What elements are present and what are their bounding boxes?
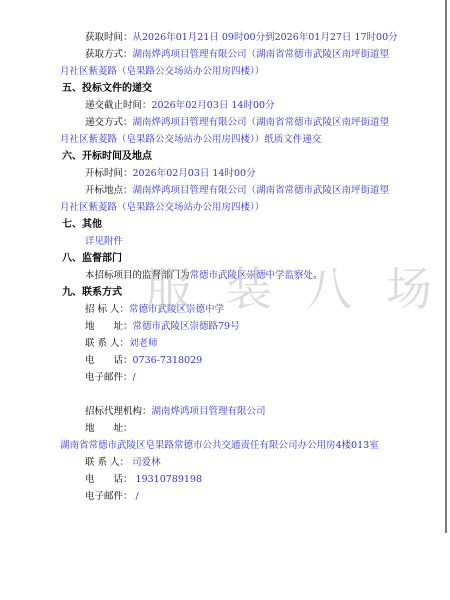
document-body: 获取时间：从2026年01月21日 09时00分到2026年01月27日 17时… [0,0,450,505]
section-heading: 八、监督部门 [62,250,432,267]
text-segment: 获取方式： [85,49,133,60]
text-segment: 联 系 人： [85,338,129,349]
document-line: 月社区紫菱路（皂果路公交场站办公用房四楼）） [60,199,432,216]
text-segment: 常德市武陵区崇德中学监察处 [190,270,314,281]
document-line: 联 系 人： 司爱林 [85,454,432,471]
document-line: 电子邮件： / [85,488,432,505]
text-segment: 刘老师 [129,338,158,349]
text-segment: 电 话： [85,355,133,366]
document-line: 联 系 人：刘老师 [85,335,432,352]
text-segment: 电 话： [85,474,136,485]
text-segment: 八、监督部门 [62,253,122,264]
text-segment: 从2026年01月21日 09时00分到2026年01月27日 17时00分 [133,32,398,43]
text-segment: 地 址： [85,321,133,332]
text-segment: 递交方式： [85,117,133,128]
document-line: 开标时间：2026年02月03日 14时00分 [85,165,432,182]
section-heading: 六、开标时间及地点 [62,148,432,165]
text-segment: 地 址： [85,423,133,434]
document-line: 开标地点：湖南烨鸿项目管理有限公司（湖南省常德市武陵区南坪街道望 [85,182,432,199]
document-line: 递交方式：湖南烨鸿项目管理有限公司（湖南省常德市武陵区南坪街道望 [85,114,432,131]
text-segment: 月社区紫菱路（皂果路公交场站办公用房四楼）） [60,202,264,213]
text-segment: 月社区紫菱路（皂果路公交场站办公用房四楼）） [60,66,264,77]
text-segment: 九、联系方式 [62,287,122,298]
text-segment: / [136,491,139,502]
section-heading: 九、联系方式 [62,284,432,301]
text-segment: 开标时间： [85,168,133,179]
document-line: 地 址： [85,420,432,437]
text-segment: 六、开标时间及地点 [62,151,152,162]
text-segment: 常德市武陵区崇德中学 [129,304,224,315]
text-segment: 湖南烨鸿项目管理有限公司 [152,406,266,417]
text-segment: 湖南烨鸿项目管理有限公司（湖南省常德市武陵区南坪街道望 [133,185,390,196]
text-segment: 电子邮件： [85,491,136,502]
document-line: 月社区紫菱路（皂果路公交场站办公用房四楼））纸质文件递交 [60,131,432,148]
text-segment: 19310789198 [136,474,203,485]
document-line: 招标代理机构：湖南烨鸿项目管理有限公司 [85,403,432,420]
document-line: 湖南省常德市武陵区皂果路常德市公共交通责任有限公司办公用房4楼013室 [60,437,432,454]
text-segment: 月社区紫菱路（皂果路公交场站办公用房四楼））纸质文件递交 [60,134,321,145]
page-right-border [445,0,447,533]
section-heading: 七、其他 [62,216,432,233]
document-line: 招 标 人：常德市武陵区崇德中学 [85,301,432,318]
document-line: 电子邮件：/ [85,369,432,386]
text-segment: / [133,372,136,383]
text-segment: 湖南烨鸿项目管理有限公司（湖南省常德市武陵区南坪街道望 [133,117,390,128]
attachment-link[interactable]: 详见附件 [85,236,123,247]
text-segment: 联 系 人： [85,457,132,468]
text-segment: 开标地点： [85,185,133,196]
text-segment: 2026年02月03日 14时00分 [133,168,256,179]
document-line: 获取时间：从2026年01月21日 09时00分到2026年01月27日 17时… [85,29,432,46]
text-segment: 电子邮件： [85,372,133,383]
document-line: 电 话： 19310789198 [85,471,432,488]
document-line [60,386,432,403]
text-segment: 司爱林 [132,457,161,468]
text-segment: 招标代理机构： [85,406,152,417]
document-page: 获取时间：从2026年01月21日 09时00分到2026年01月27日 17时… [0,0,450,600]
document-line: 递交截止时间：2026年02月03日 14时00分 [85,97,432,114]
text-segment: 湖南省常德市武陵区皂果路常德市公共交通责任有限公司办公用房4楼013室 [60,440,379,451]
document-line: 本招标项目的监督部门为常德市武陵区崇德中学监察处。 [85,267,432,284]
text-segment: 本招标项目的监督部门为 [85,270,190,281]
document-line: 详见附件 [85,233,432,250]
text-segment: 湖南烨鸿项目管理有限公司（湖南省常德市武陵区南坪街道望 [133,49,390,60]
text-segment: 常德市武陵区崇德路79号 [133,321,240,332]
document-line: 获取方式：湖南烨鸿项目管理有限公司（湖南省常德市武陵区南坪街道望 [85,46,432,63]
text-segment: 获取时间： [85,32,133,43]
section-heading: 五、投标文件的递交 [62,80,432,97]
text-segment: 招 标 人： [85,304,129,315]
document-line: 地 址：常德市武陵区崇德路79号 [85,318,432,335]
text-segment: 五、投标文件的递交 [62,83,152,94]
text-segment: 0736-7318029 [133,355,203,366]
text-segment: 2026年02月03日 14时00分 [152,100,275,111]
text-segment: 七、其他 [62,219,102,230]
document-line: 月社区紫菱路（皂果路公交场站办公用房四楼）） [60,63,432,80]
document-line: 电 话：0736-7318029 [85,352,432,369]
text-segment: 。 [313,270,323,281]
text-segment: 递交截止时间： [85,100,152,111]
